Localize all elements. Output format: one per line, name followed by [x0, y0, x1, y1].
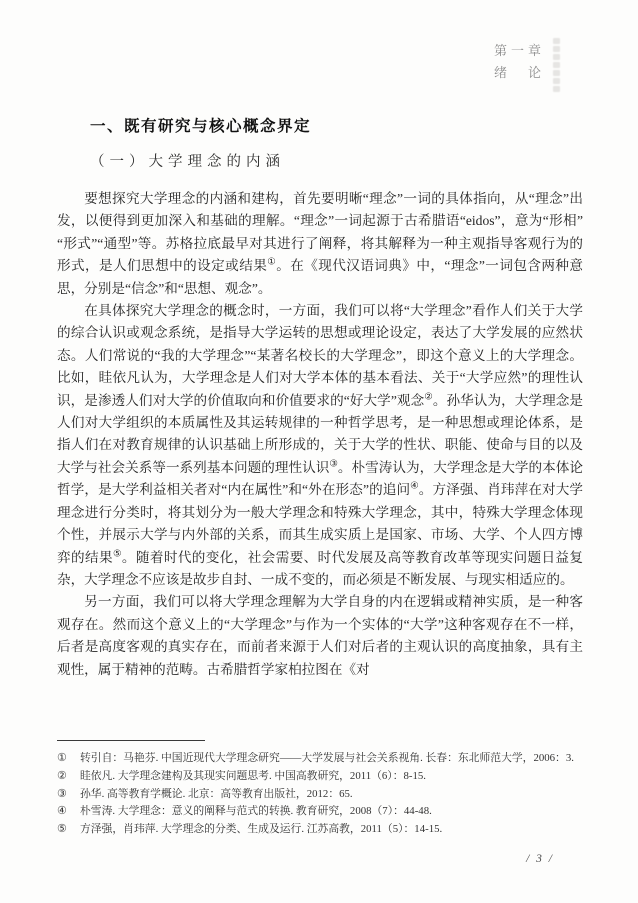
chapter-number: 第一章 [494, 40, 545, 62]
footnotes-block: ① 转引自：马艳芬. 中国近现代大学理念研究——大学发展与社会关系视角. 长春：… [57, 740, 583, 841]
footnote-text: 朴雪涛. 大学理念：意义的阐释与范式的转换. 教育研究，2008（7）：44-4… [80, 805, 583, 817]
paragraph: 另一方面，我们可以将大学理念理解为大学自身的内在逻辑或精神实质，是一种客观存在。… [57, 591, 583, 681]
chapter-title: 绪 论 [494, 62, 545, 84]
footnote-text: 孙华. 高等教育学概论. 北京：高等教育出版社，2012：65. [80, 788, 583, 800]
paragraph: 要想探究大学理念的内涵和建构，首先要明晰“理念”一词的具体指向，从“理念”出发，… [57, 188, 583, 300]
footnote: ④ 朴雪涛. 大学理念：意义的阐释与范式的转换. 教育研究，2008（7）：44… [57, 805, 583, 817]
footnote: ⑤ 方泽强，肖玮萍. 大学理念的分类、生成及运行. 江苏高教，2011（5）：1… [57, 823, 583, 835]
footnote-marker: ③ [57, 788, 80, 800]
footnote: ① 转引自：马艳芬. 中国近现代大学理念研究——大学发展与社会关系视角. 长春：… [57, 752, 583, 764]
footnote: ② 眭依凡. 大学理念建构及其现实问题思考. 中国高教研究，2011（6）：8-… [57, 770, 583, 782]
footnote-marker: ① [57, 752, 80, 764]
chapter-running-head: 第一章 绪 论 [494, 40, 545, 84]
paragraph: 在具体探究大学理念的概念时，一方面，我们可以将“大学理念”看作人们关于大学的综合… [57, 300, 583, 591]
subsection-heading: （一）大学理念的内涵 [90, 152, 583, 172]
footnote-text: 转引自：马艳芬. 中国近现代大学理念研究——大学发展与社会关系视角. 长春：东北… [80, 752, 583, 764]
footnote-marker: ② [57, 770, 80, 782]
body-text: 要想探究大学理念的内涵和建构，首先要明晰“理念”一词的具体指向，从“理念”出发，… [57, 188, 583, 681]
footnote-separator [57, 740, 205, 741]
decorative-vertical-text [553, 38, 561, 92]
footnote-text: 方泽强，肖玮萍. 大学理念的分类、生成及运行. 江苏高教，2011（5）：14-… [80, 823, 583, 835]
page-number: / 3 / [526, 853, 554, 865]
footnote-text: 眭依凡. 大学理念建构及其现实问题思考. 中国高教研究，2011（6）：8-15… [80, 770, 583, 782]
footnote: ③ 孙华. 高等教育学概论. 北京：高等教育出版社，2012：65. [57, 788, 583, 800]
book-page: 第一章 绪 论 一、既有研究与核心概念界定 （一）大学理念的内涵 要想探究大学理… [0, 0, 638, 903]
footnote-marker: ④ [57, 805, 80, 817]
page-content: 一、既有研究与核心概念界定 （一）大学理念的内涵 要想探究大学理念的内涵和建构，… [57, 117, 583, 681]
footnote-marker: ⑤ [57, 823, 80, 835]
section-heading: 一、既有研究与核心概念界定 [90, 117, 583, 136]
